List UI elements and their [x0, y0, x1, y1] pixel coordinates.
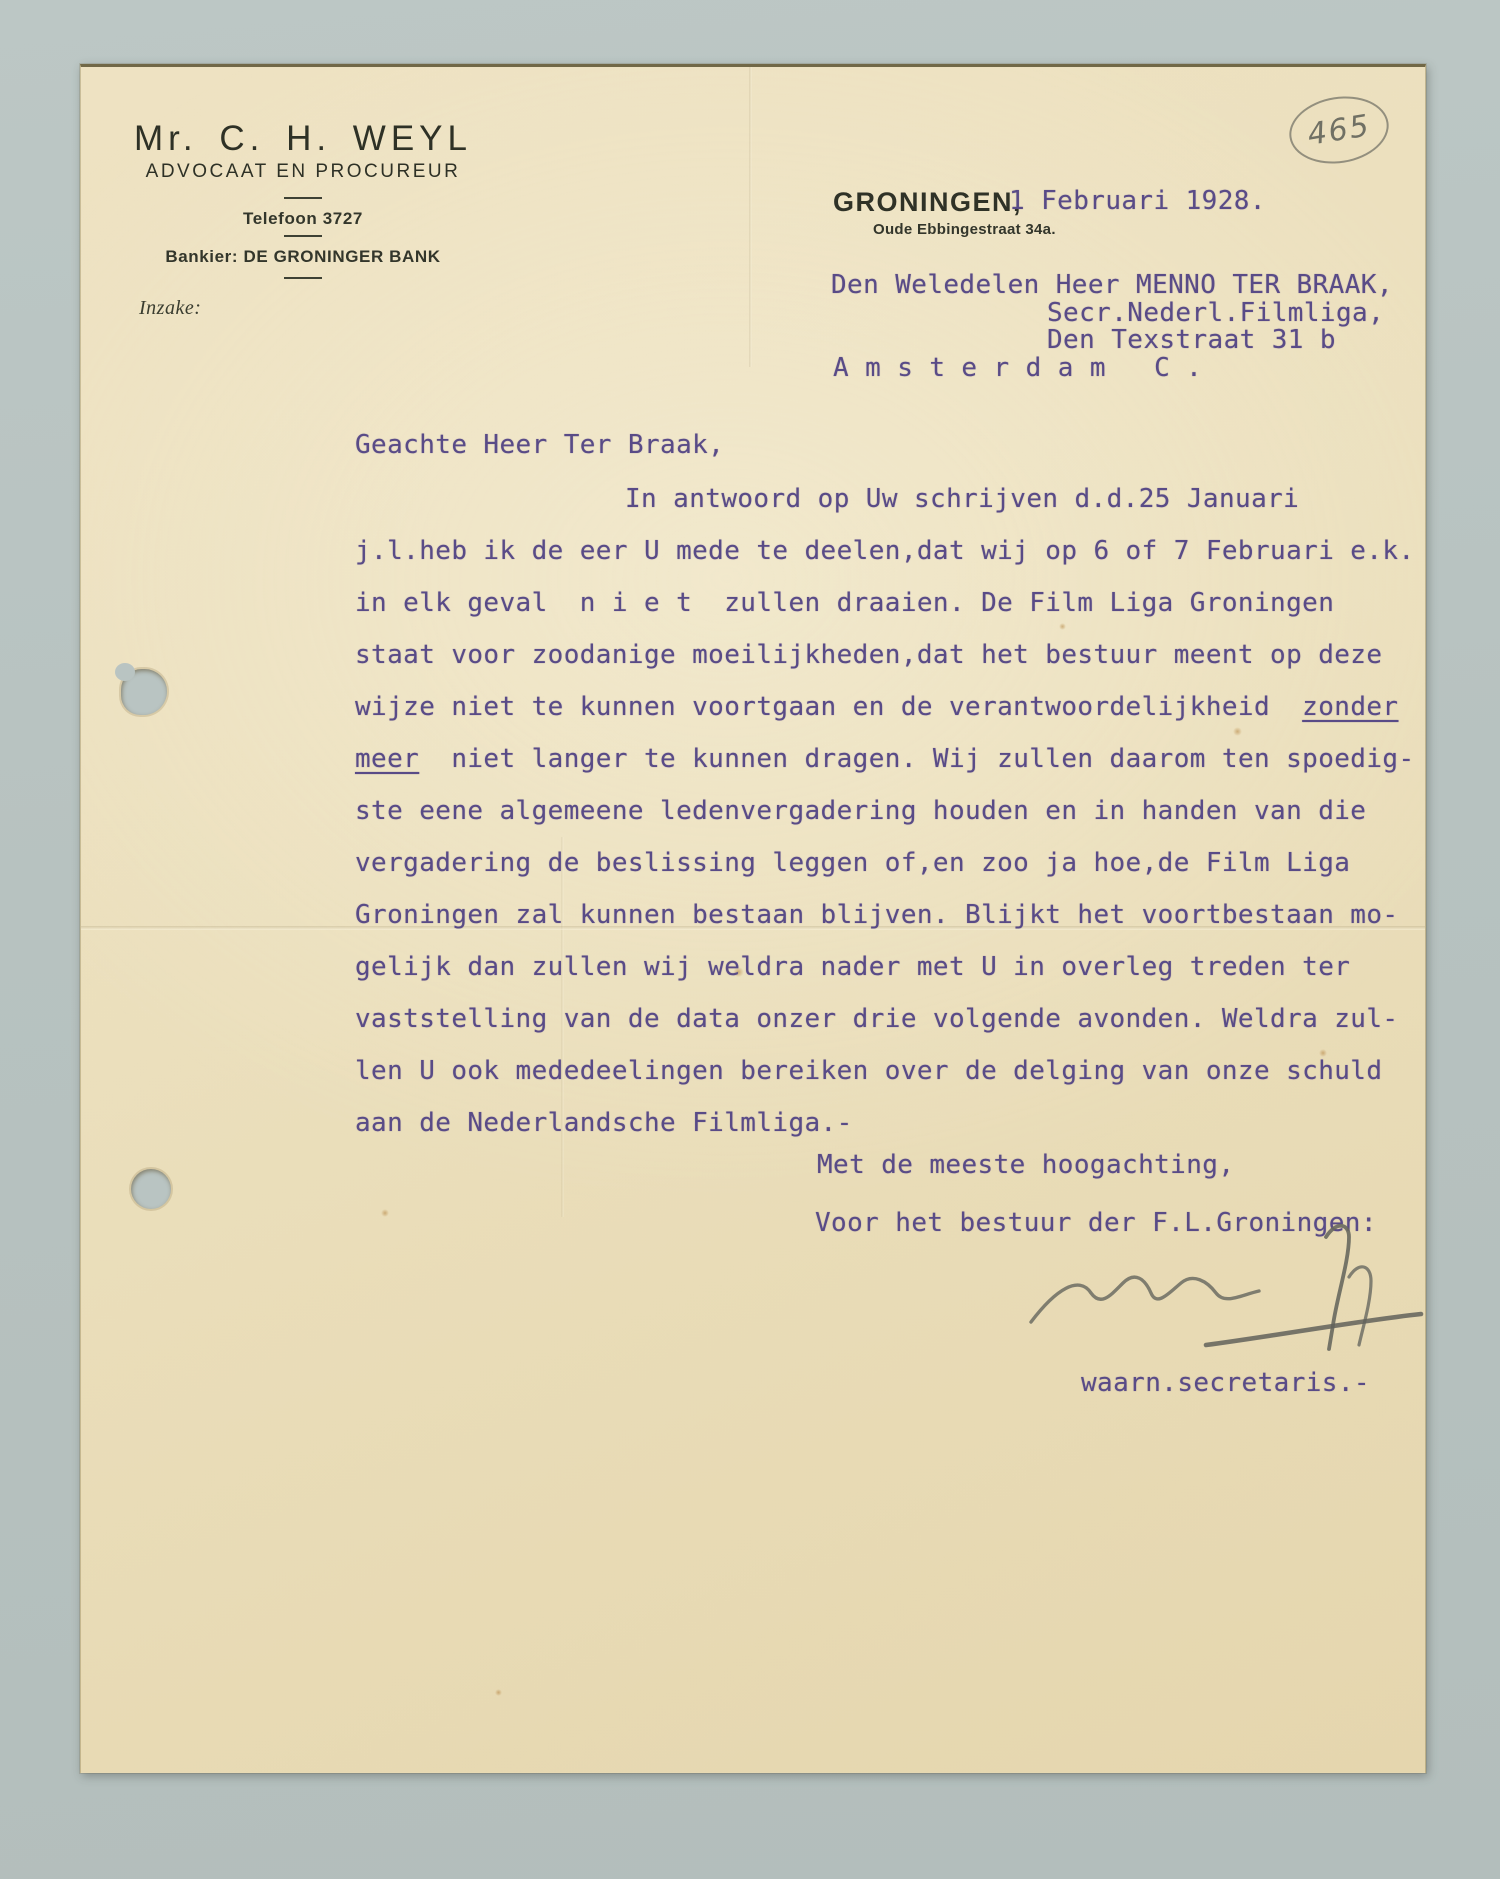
- closing-role: waarn.secretaris.-: [1081, 1367, 1370, 1399]
- underlined-word: zonder: [1302, 692, 1398, 722]
- pencil-circled-number: 465: [1284, 90, 1393, 171]
- body-line: aan de Nederlandsche Filmliga.-: [355, 1107, 853, 1139]
- body-line: Groningen zal kunnen bestaan blijven. Bl…: [355, 899, 1398, 931]
- letterhead-phone: Telefoon 3727: [117, 209, 489, 229]
- handwritten-signature: [1011, 1217, 1441, 1367]
- foxing-spot: [495, 1689, 502, 1696]
- body-line: in elk geval n i e t zullen draaien. De …: [355, 587, 1334, 619]
- letter-date: 1 Februari 1928.: [1009, 185, 1266, 217]
- letter-city: GRONINGEN,: [833, 187, 1022, 218]
- letter-paper: 465 Mr. C. H. WEYL ADVOCAAT EN PROCUREUR…: [80, 64, 1426, 1773]
- letterhead-name: Mr. C. H. WEYL: [117, 119, 489, 159]
- closing-regards: Met de meeste hoogachting,: [817, 1149, 1234, 1181]
- punch-hole: [131, 1169, 171, 1209]
- circled-number-text: 465: [1305, 108, 1373, 152]
- letterhead-divider: [284, 197, 322, 199]
- body-line: vergadering de beslissing leggen of,en z…: [355, 847, 1350, 879]
- body-line: ste eene algemeene ledenvergadering houd…: [355, 795, 1366, 827]
- letterhead-divider: [284, 277, 322, 279]
- body-line: meer niet langer te kunnen dragen. Wij z…: [355, 743, 1415, 775]
- recipient-line: A m s t e r d a m C .: [833, 352, 1202, 384]
- punch-hole-notch: [115, 663, 135, 681]
- body-line: len U ook mededeelingen bereiken over de…: [355, 1055, 1382, 1087]
- fold-crease-vertical-top: [749, 67, 752, 367]
- foxing-spot: [381, 1209, 389, 1217]
- body-line: wijze niet te kunnen voortgaan en de ver…: [355, 691, 1398, 723]
- letterhead-inzake-label: Inzake:: [139, 297, 201, 320]
- body-line: j.l.heb ik de eer U mede te deelen,dat w…: [355, 535, 1415, 567]
- foxing-spot: [1059, 623, 1066, 630]
- letter-street: Oude Ebbingestraat 34a.: [873, 221, 1056, 238]
- scan-background: { "annotations": { "circled_number": "46…: [0, 0, 1500, 1879]
- body-line: vaststelling van de data onzer drie volg…: [355, 1003, 1398, 1035]
- body-line: In antwoord op Uw schrijven d.d.25 Janua…: [625, 483, 1299, 515]
- underlined-word: meer: [355, 744, 419, 774]
- foxing-spot: [1233, 727, 1242, 736]
- letterhead-bank: Bankier: DE GRONINGER BANK: [117, 247, 489, 267]
- letterhead-title: ADVOCAAT EN PROCUREUR: [117, 161, 489, 183]
- body-line: gelijk dan zullen wij weldra nader met U…: [355, 951, 1350, 983]
- letterhead-divider: [284, 235, 322, 237]
- body-line: staat voor zoodanige moeilijkheden,dat h…: [355, 639, 1382, 671]
- salutation: Geachte Heer Ter Braak,: [355, 429, 724, 461]
